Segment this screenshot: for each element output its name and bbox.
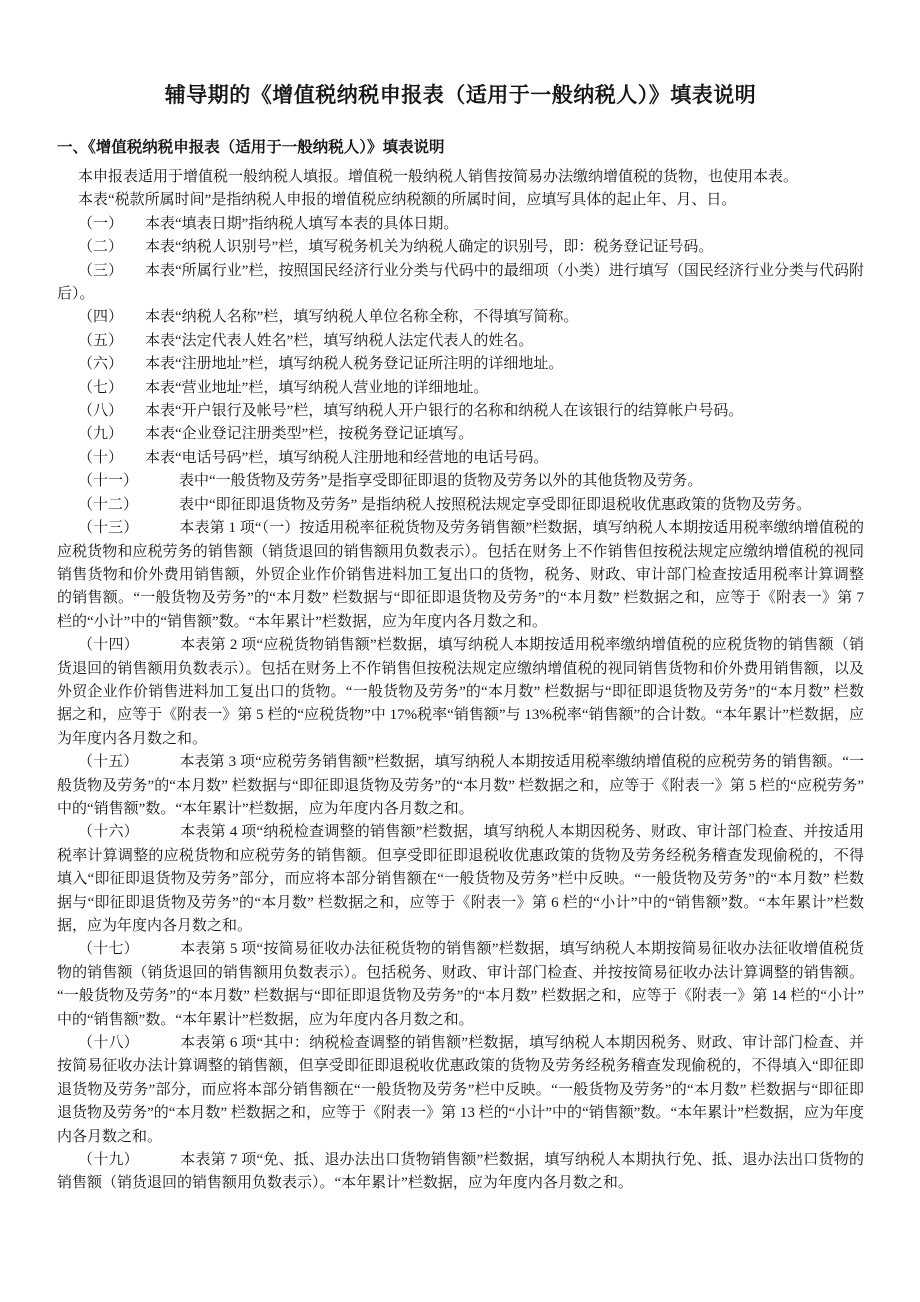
item-text: 本表“注册地址”栏，填写纳税人税务登记证所注明的详细地址。 [145, 356, 563, 372]
item-text: 本表第 2 项“应税货物销售额”栏数据，填写纳税人本期按适用税率缴纳增值税的应税… [57, 637, 864, 747]
instruction-item: （十九）本表第 7 项“免、抵、退办法出口货物销售额”栏数据，填写纳税人本期执行… [57, 1149, 864, 1196]
instruction-item: （十一）表中“一般货物及劳务”是指享受即征即退的货物及劳务以外的其他货物及劳务。 [57, 470, 864, 493]
item-number: （十五） [78, 754, 138, 770]
instruction-item: （十）本表“电话号码”栏，填写纳税人注册地和经营地的电话号码。 [57, 447, 864, 470]
item-number: （一） [78, 216, 123, 232]
item-number: （十二） [78, 497, 138, 513]
item-number: （七） [78, 380, 123, 396]
instruction-item: （十六）本表第 4 项“纳税检查调整的销售额”栏数据，填写纳税人本期因税务、财政… [57, 821, 864, 938]
item-number: （六） [78, 356, 123, 372]
instruction-item: （三）本表“所属行业”栏，按照国民经济行业分类与代码中的最细项（小类）进行填写（… [57, 260, 864, 307]
item-text: 本表第 6 项“其中：纳税检查调整的销售额”栏数据，填写纳税人本期因税务、财政、… [57, 1035, 864, 1145]
item-text: 本表第 3 项“应税劳务销售额”栏数据，填写纳税人本期按适用税率缴纳增值税的应税… [57, 754, 864, 817]
section-heading: 一、《增值税纳税申报表（适用于一般纳税人）》填表说明 [57, 136, 864, 159]
item-number: （三） [78, 263, 123, 279]
instruction-item: （八）本表“开户银行及帐号”栏，填写纳税人开户银行的名称和纳税人在该银行的结算帐… [57, 400, 864, 423]
instruction-item: （六）本表“注册地址”栏，填写纳税人税务登记证所注明的详细地址。 [57, 353, 864, 376]
item-number: （十） [78, 450, 123, 466]
item-text: 本表第 1 项“（一）按适用税率征税货物及劳务销售额”栏数据，填写纳税人本期按适… [57, 520, 864, 630]
instruction-item: （十三）本表第 1 项“（一）按适用税率征税货物及劳务销售额”栏数据，填写纳税人… [57, 517, 864, 634]
document-page: 辅导期的《增值税纳税申报表（适用于一般纳税人）》填表说明 一、《增值税纳税申报表… [0, 0, 920, 1302]
item-number: （八） [78, 403, 123, 419]
intro-paragraph: 本表“税款所属时间”是指纳税人申报的增值税应纳税额的所属时间，应填写具体的起止年… [57, 189, 864, 212]
item-number: （十四） [78, 637, 139, 653]
item-number: （十九） [78, 1152, 139, 1168]
item-number: （五） [78, 333, 123, 349]
item-text: 本表“纳税人名称”栏，填写纳税人单位名称全称，不得填写简称。 [145, 309, 578, 325]
item-text: 本表第 7 项“免、抵、退办法出口货物销售额”栏数据，填写纳税人本期执行免、抵、… [57, 1152, 864, 1191]
instruction-item: （十七）本表第 5 项“按简易征收办法征税货物的销售额”栏数据，填写纳税人本期按… [57, 938, 864, 1032]
item-text: 本表“所属行业”栏，按照国民经济行业分类与代码中的最细项（小类）进行填写（国民经… [57, 263, 864, 302]
item-text: 本表“填表日期”指纳税人填写本表的具体日期。 [145, 216, 458, 232]
instruction-item: （五）本表“法定代表人姓名”栏，填写纳税人法定代表人的姓名。 [57, 330, 864, 353]
item-text: 本表“电话号码”栏，填写纳税人注册地和经营地的电话号码。 [145, 450, 548, 466]
instruction-item: （十二）表中“即征即退货物及劳务” 是指纳税人按照税法规定享受即征即退税收优惠政… [57, 494, 864, 517]
item-text: 本表第 5 项“按简易征收办法征税货物的销售额”栏数据，填写纳税人本期按简易征收… [57, 941, 864, 1027]
item-text: 本表“纳税人识别号”栏，填写税务机关为纳税人确定的识别号，即：税务登记证号码。 [145, 239, 713, 255]
item-text: 表中“一般货物及劳务”是指享受即征即退的货物及劳务以外的其他货物及劳务。 [179, 473, 702, 489]
intro-paragraph: 本申报表适用于增值税一般纳税人填报。增值税一般纳税人销售按简易办法缴纳增值税的货… [57, 166, 864, 189]
item-number: （十六） [78, 824, 139, 840]
instruction-item: （九）本表“企业登记注册类型”栏，按税务登记证填写。 [57, 423, 864, 446]
instruction-item: （一）本表“填表日期”指纳税人填写本表的具体日期。 [57, 213, 864, 236]
item-number: （九） [78, 426, 123, 442]
instruction-item: （十四）本表第 2 项“应税货物销售额”栏数据，填写纳税人本期按适用税率缴纳增值… [57, 634, 864, 751]
item-text: 本表“营业地址”栏，填写纳税人营业地的详细地址。 [145, 380, 488, 396]
instruction-item: （二）本表“纳税人识别号”栏，填写税务机关为纳税人确定的识别号，即：税务登记证号… [57, 236, 864, 259]
item-text: 本表“开户银行及帐号”栏，填写纳税人开户银行的名称和纳税人在该银行的结算帐户号码… [145, 403, 743, 419]
item-number: （二） [78, 239, 123, 255]
page-title: 辅导期的《增值税纳税申报表（适用于一般纳税人）》填表说明 [57, 82, 864, 110]
instruction-item: （十五）本表第 3 项“应税劳务销售额”栏数据，填写纳税人本期按适用税率缴纳增值… [57, 751, 864, 821]
item-number: （十八） [78, 1035, 139, 1051]
instruction-item: （十八）本表第 6 项“其中：纳税检查调整的销售额”栏数据，填写纳税人本期因税务… [57, 1032, 864, 1149]
item-number: （十三） [78, 520, 138, 536]
item-text: 表中“即征即退货物及劳务” 是指纳税人按照税法规定享受即征即退税收优惠政策的货物… [179, 497, 811, 513]
item-number: （十七） [78, 941, 139, 957]
instruction-items-list: （一）本表“填表日期”指纳税人填写本表的具体日期。（二）本表“纳税人识别号”栏，… [57, 213, 864, 1196]
instruction-item: （四）本表“纳税人名称”栏，填写纳税人单位名称全称，不得填写简称。 [57, 306, 864, 329]
item-text: 本表“企业登记注册类型”栏，按税务登记证填写。 [145, 426, 473, 442]
item-text: 本表第 4 项“纳税检查调整的销售额”栏数据，填写纳税人本期因税务、财政、审计部… [57, 824, 864, 934]
instruction-item: （七）本表“营业地址”栏，填写纳税人营业地的详细地址。 [57, 377, 864, 400]
item-text: 本表“法定代表人姓名”栏，填写纳税人法定代表人的姓名。 [145, 333, 533, 349]
item-number: （四） [78, 309, 123, 325]
item-number: （十一） [78, 473, 138, 489]
